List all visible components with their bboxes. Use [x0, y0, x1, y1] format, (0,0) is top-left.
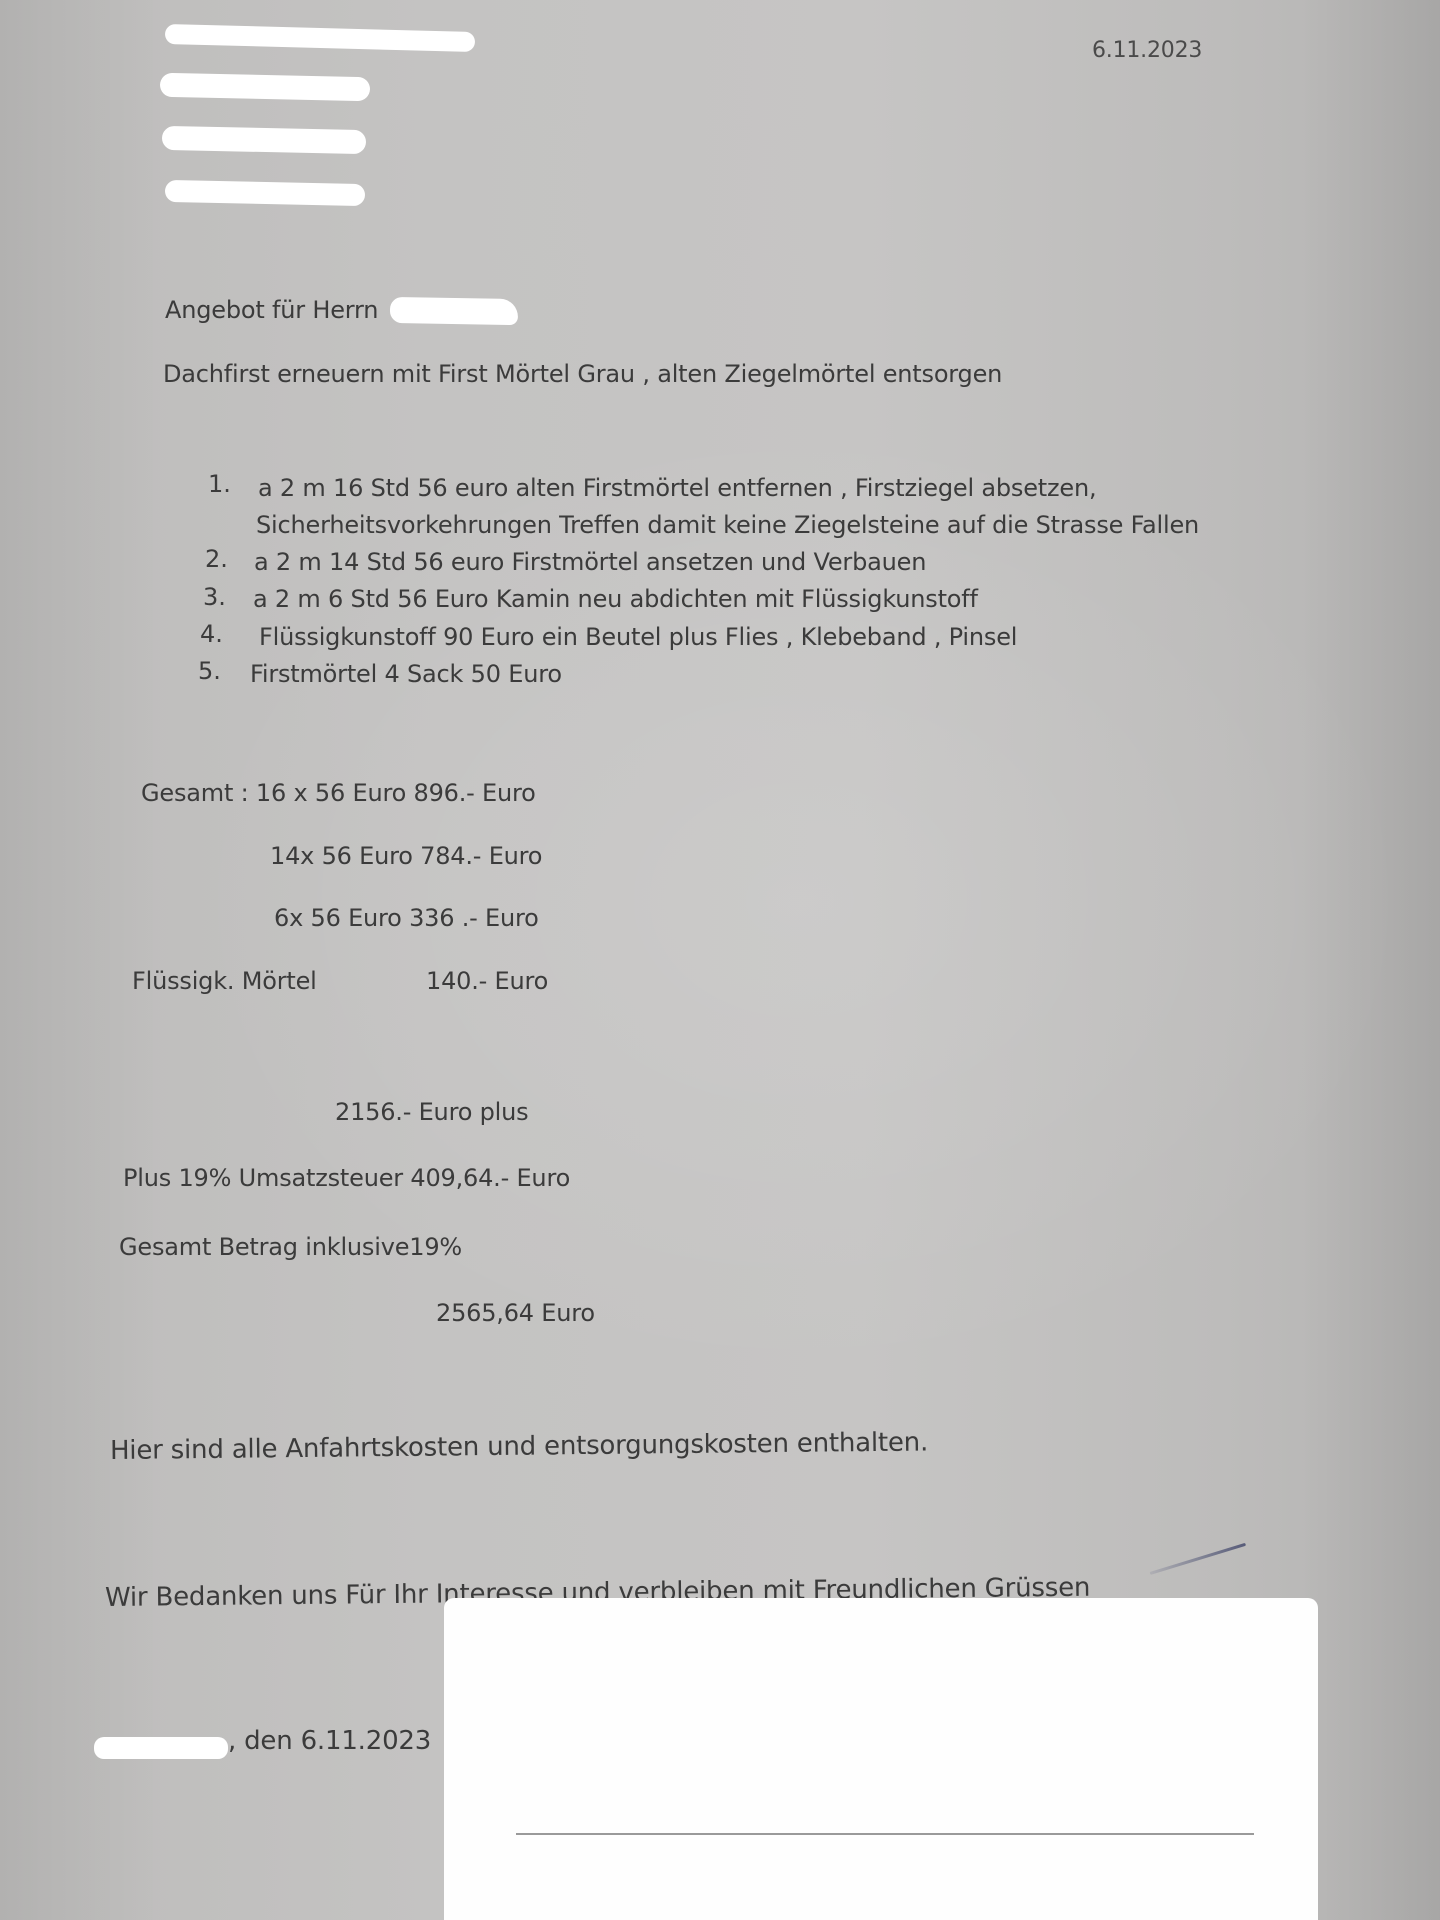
total-line-material-label: Flüssigk. Mörtel [132, 967, 317, 995]
item-text: a 2 m 6 Std 56 Euro Kamin neu abdichten … [253, 585, 978, 613]
item-number: 3. [203, 583, 226, 611]
letter-date: 6.11.2023 [1092, 38, 1202, 63]
offer-title: Angebot für Herrn [165, 296, 378, 324]
total-line-labor-1: Gesamt : 16 x 56 Euro 896.- Euro [141, 779, 536, 807]
pen-mark [1150, 1543, 1247, 1575]
costs-note: Hier sind alle Anfahrtskosten und entsor… [110, 1427, 928, 1466]
total-line-labor-3: 6x 56 Euro 336 .- Euro [274, 904, 539, 932]
item-number: 2. [205, 545, 228, 573]
vat-line: Plus 19% Umsatzsteuer 409,64.- Euro [123, 1164, 570, 1192]
total-line-material-value: 140.- Euro [426, 967, 548, 995]
paper-shadow-left [0, 0, 160, 1920]
offer-title-text: Angebot für Herrn [165, 296, 378, 324]
redacted-place-name [94, 1737, 228, 1759]
item-text: Firstmörtel 4 Sack 50 Euro [250, 660, 562, 688]
redacted-recipient-name [390, 297, 518, 325]
grand-total-value: 2565,64 Euro [436, 1299, 595, 1327]
item-text: Flüssigkunstoff 90 Euro ein Beutel plus … [259, 623, 1017, 651]
item-number: 1. [208, 470, 231, 498]
subtotal: 2156.- Euro plus [335, 1098, 528, 1126]
offer-subject: Dachfirst erneuern mit First Mörtel Grau… [163, 360, 1002, 388]
paper-shadow-right [1300, 0, 1440, 1920]
redacted-sender-city [162, 126, 366, 154]
signature-line [516, 1833, 1254, 1835]
item-number: 4. [200, 620, 223, 648]
redacted-sender-name [165, 24, 475, 52]
item-text: a 2 m 16 Std 56 euro alten Firstmörtel e… [258, 474, 1096, 502]
grand-total-label: Gesamt Betrag inklusive19% [119, 1233, 462, 1261]
redacted-sender-street [160, 73, 370, 101]
place-date: , den 6.11.2023 [228, 1726, 431, 1756]
item-number: 5. [198, 657, 221, 685]
redacted-sender-phone [165, 180, 365, 206]
item-text: a 2 m 14 Std 56 euro Firstmörtel ansetze… [254, 548, 926, 576]
total-line-labor-2: 14x 56 Euro 784.- Euro [270, 842, 542, 870]
item-text-cont: Sicherheitsvorkehrungen Treffen damit ke… [256, 511, 1199, 539]
redacted-signature-area [444, 1598, 1318, 1920]
